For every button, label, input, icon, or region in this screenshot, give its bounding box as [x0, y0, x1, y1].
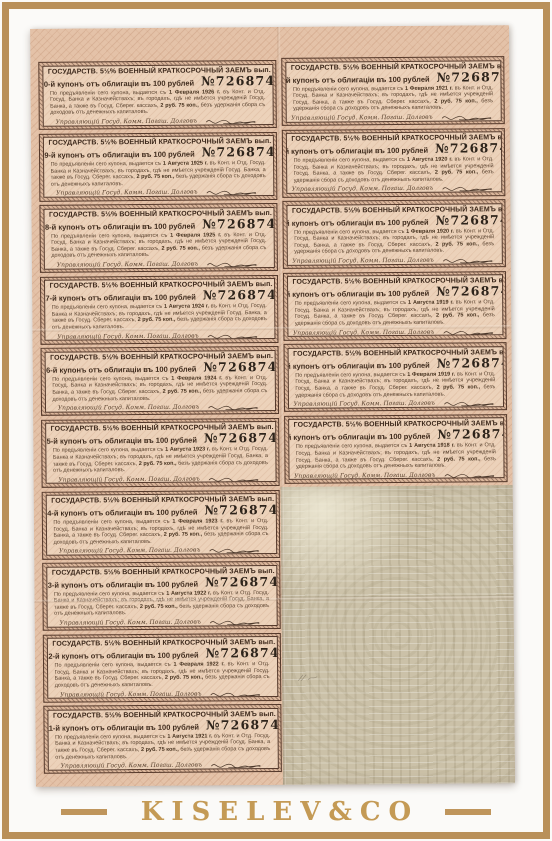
coupon: ГОСУДАРСТВ. 5½% ВОЕННЫЙ КРАТКОСРОЧНЫЙ ЗА…: [42, 490, 281, 560]
fine-print: По предъявленіи сего купона, выдается съ…: [51, 446, 270, 474]
bond-number: №726874: [204, 432, 276, 445]
coupon-title-row: 5-й купонъ отъ облигаціи въ 100 рублей №…: [294, 429, 498, 443]
bond-number: №726874: [205, 576, 277, 589]
signature-row: Управляющій Госуд. Комм. Погаш. Долговъ: [53, 760, 272, 770]
coupon-inner: ГОСУДАРСТВ. 5½% ВОЕННЫЙ КРАТКОСРОЧНЫЙ ЗА…: [285, 60, 501, 123]
fine-print: По предъявленіи сего купона, выдается съ…: [293, 300, 497, 328]
bond-number: №726874: [204, 504, 276, 517]
fine-print: По предъявленіи сего купона, выдается съ…: [49, 232, 268, 260]
coupon-subtitle: 5-й купонъ отъ облигаціи въ 100 рублей: [288, 432, 431, 442]
coupon-inner: ГОСУДАРСТВ. 5½% ВОЕННЫЙ КРАТКОСРОЧНЫЙ ЗА…: [45, 493, 276, 556]
signature-title: Управляющій Госуд. Комм. Погаш. Долговъ: [292, 257, 433, 265]
coupon-subtitle: 6-й купонъ отъ облигаціи въ 100 рублей: [287, 361, 430, 371]
signature-icon: [439, 327, 497, 336]
validity-note: Дѣйствителенъ въ теченіе 10 лѣтъ.: [48, 125, 267, 126]
watermark-right-bar: [445, 809, 491, 815]
signature-row: Управляющій Госуд. Комм. Погаш. Долговъ: [292, 184, 496, 194]
coupon-subtitle: 10-й купонъ отъ облигаціи въ 100 рублей: [285, 74, 430, 84]
bond-number: №726874: [436, 214, 503, 227]
coupon: ГОСУДАРСТВ. 5½% ВОЕННЫЙ КРАТКОСРОЧНЫЙ ЗА…: [38, 60, 277, 130]
watermark-brand-text: KISELEV&CO: [133, 799, 419, 825]
coupon-column-left: ГОСУДАРСТВ. 5½% ВОЕННЫЙ КРАТКОСРОЧНЫЙ ЗА…: [38, 60, 282, 778]
coupon-title-row: 6-й купонъ отъ облигаціи въ 100 рублей №…: [293, 357, 497, 371]
signature-title: Управляющій Госуд. Комм. Погаш. Долговъ: [57, 261, 198, 269]
signature-title: Управляющій Госуд. Комм. Погаш. Долговъ: [59, 547, 200, 555]
validity-note: Дѣйствителенъ въ теченіе 10 лѣтъ.: [293, 336, 497, 337]
signature-icon: [207, 760, 265, 769]
coupon-title-row: 18-й купонъ отъ облигаціи въ 100 рублей …: [49, 218, 268, 232]
coupon-subtitle: 14-й купонъ отъ облигаціи въ 100 рублей: [45, 508, 197, 518]
coupon-title-row: 7-й купонъ отъ облигаціи въ 100 рублей №…: [293, 286, 497, 300]
signature-row: Управляющій Госуд. Комм. Погаш. Долговъ: [292, 255, 496, 265]
validity-note: Дѣйствителенъ въ теченіе 10 лѣтъ.: [294, 480, 498, 481]
signature-row: Управляющій Госуд. Комм. Погаш. Долговъ: [50, 331, 269, 341]
signature-row: Управляющій Госуд. Комм. Погаш. Долговъ: [53, 689, 272, 699]
fine-print: По предъявленіи сего купона, выдается съ…: [48, 89, 267, 117]
coupon-title-row: 13-й купонъ отъ облигаціи въ 100 рублей …: [52, 576, 271, 590]
coupon-inner: ГОСУДАРСТВ. 5½% ВОЕННЫЙ КРАТКОСРОЧНЫЙ ЗА…: [286, 274, 502, 337]
validity-note: Дѣйствителенъ въ теченіе 10 лѣтъ.: [49, 269, 268, 270]
fine-print: По предъявленіи сего купона, выдается съ…: [50, 375, 269, 403]
coupon-title-row: 10-й купонъ отъ облигаціи въ 100 рублей …: [291, 71, 495, 85]
coupon-subtitle: 12-й купонъ отъ облигаціи въ 100 рублей: [46, 651, 198, 661]
signature-icon: [438, 112, 496, 121]
coupon-subtitle: 9-й купонъ отъ облигаціи въ 100 рублей: [285, 146, 428, 156]
signature-title: Управляющій Госуд. Комм. Погаш. Долговъ: [58, 404, 199, 412]
coupon-title-row: 17-й купонъ отъ облигаціи въ 100 рублей …: [50, 289, 269, 303]
signature-icon: [202, 116, 260, 125]
fine-print: По предъявленіи сего купона, выдается съ…: [51, 518, 270, 546]
signature-row: Управляющій Госуд. Комм. Погаш. Долговъ: [294, 470, 498, 480]
coupon: ГОСУДАРСТВ. 5½% ВОЕННЫЙ КРАТКОСРОЧНЫЙ ЗА…: [43, 704, 282, 774]
bond-number: №726874: [203, 361, 275, 374]
pencil-mark: [296, 671, 322, 683]
validity-note: Дѣйствителенъ въ теченіе 10 лѣтъ.: [53, 698, 272, 699]
signature-icon: [204, 331, 262, 340]
validity-note: Дѣйствителенъ въ теченіе 10 лѣтъ.: [292, 265, 496, 266]
validity-note: Дѣйствителенъ въ теченіе 10 лѣтъ.: [291, 122, 495, 123]
coupon: ГОСУДАРСТВ. 5½% ВОЕННЫЙ КРАТКОСРОЧНЫЙ ЗА…: [282, 199, 506, 269]
fine-print: По предъявленіи сего купона, выдается съ…: [53, 661, 272, 689]
signature-row: Управляющій Госуд. Комм. Погаш. Долговъ: [52, 545, 271, 555]
signature-row: Управляющій Госуд. Комм. Погаш. Долговъ: [293, 398, 497, 408]
coupon-title-row: 11-й купонъ отъ облигаціи въ 100 рублей …: [53, 719, 272, 733]
coupon: ГОСУДАРСТВ. 5½% ВОЕННЫЙ КРАТКОСРОЧНЫЙ ЗА…: [43, 633, 282, 703]
coupon-subtitle: 11-й купонъ отъ облигаціи въ 100 рублей: [47, 722, 199, 732]
paper-crease: [282, 595, 514, 599]
coupon: ГОСУДАРСТВ. 5½% ВОЕННЫЙ КРАТКОСРОЧНЫЙ ЗА…: [40, 275, 279, 345]
bond-number: №726874: [436, 285, 503, 298]
watermark: KISELEV&CO: [0, 795, 552, 829]
bond-number: №726874: [202, 146, 274, 159]
coupon: ГОСУДАРСТВ. 5½% ВОЕННЫЙ КРАТКОСРОЧНЫЙ ЗА…: [283, 271, 507, 341]
coupon-subtitle: 16-й купонъ отъ облигаціи въ 100 рублей: [44, 364, 196, 374]
coupon: ГОСУДАРСТВ. 5½% ВОЕННЫЙ КРАТКОСРОЧНЫЙ ЗА…: [39, 203, 278, 273]
coupon-sheet-paper: ГОСУДАРСТВ. 5½% ВОЕННЫЙ КРАТКОСРОЧНЫЙ ЗА…: [30, 25, 515, 787]
signature-title: Управляющій Госуд. Комм. Погаш. Долговъ: [292, 185, 433, 193]
coupon-title-row: 20-й купонъ отъ облигаціи въ 100 рублей …: [48, 75, 267, 89]
watermark-left-bar: [61, 809, 107, 815]
coupon-subtitle: 20-й купонъ отъ облигаціи въ 100 рублей: [42, 78, 194, 88]
bond-number: №726874: [437, 71, 502, 84]
signature-title: Управляющій Госуд. Комм. Погаш. Долговъ: [60, 619, 201, 627]
fine-print: По предъявленіи сего купона, выдается съ…: [293, 371, 497, 399]
signature-icon: [205, 474, 263, 483]
signature-icon: [438, 184, 496, 193]
bond-number: №726874: [206, 647, 278, 660]
signature-row: Управляющій Госуд. Комм. Погаш. Долговъ: [49, 259, 268, 269]
coupon-subtitle: 7-й купонъ отъ облигаціи въ 100 рублей: [286, 289, 429, 299]
fine-print: По предъявленіи сего купона, выдается съ…: [294, 443, 498, 471]
validity-note: Дѣйствителенъ въ теченіе 10 лѣтъ.: [292, 193, 496, 194]
coupon: ГОСУДАРСТВ. 5½% ВОЕННЫЙ КРАТКОСРОЧНЫЙ ЗА…: [284, 414, 508, 484]
coupon-subtitle: 8-й купонъ отъ облигаціи въ 100 рублей: [286, 217, 429, 227]
coupon-inner: ГОСУДАРСТВ. 5½% ВОЕННЫЙ КРАТКОСРОЧНЫЙ ЗА…: [42, 135, 273, 198]
coupon-inner: ГОСУДАРСТВ. 5½% ВОЕННЫЙ КРАТКОСРОЧНЫЙ ЗА…: [47, 708, 278, 771]
signature-icon: [204, 402, 262, 411]
fine-print: По предъявленіи сего купона, выдается съ…: [49, 160, 268, 188]
coupon-inner: ГОСУДАРСТВ. 5½% ВОЕННЫЙ КРАТКОСРОЧНЫЙ ЗА…: [44, 350, 275, 413]
signature-icon: [203, 259, 261, 268]
signature-row: Управляющій Госуд. Комм. Погаш. Долговъ: [293, 327, 497, 337]
coupon-subtitle: 13-й купонъ отъ облигаціи въ 100 рублей: [46, 579, 198, 589]
validity-note: Дѣйствителенъ въ теченіе 10 лѣтъ.: [50, 340, 269, 341]
coupon-title-row: 16-й купонъ отъ облигаціи въ 100 рублей …: [50, 361, 269, 375]
coupon-inner: ГОСУДАРСТВ. 5½% ВОЕННЫЙ КРАТКОСРОЧНЫЙ ЗА…: [46, 636, 277, 699]
signature-title: Управляющій Госуд. Комм. Погаш. Долговъ: [58, 475, 199, 483]
coupon-inner: ГОСУДАРСТВ. 5½% ВОЕННЫЙ КРАТКОСРОЧНЫЙ ЗА…: [45, 421, 276, 484]
coupon-inner: ГОСУДАРСТВ. 5½% ВОЕННЫЙ КРАТКОСРОЧНЫЙ ЗА…: [288, 418, 504, 481]
coupon-title-row: 14-й купонъ отъ облигаціи въ 100 рублей …: [51, 504, 270, 518]
signature-title: Управляющій Госуд. Комм. Погаш. Долговъ: [291, 114, 432, 122]
signature-title: Управляющій Госуд. Комм. Погаш. Долговъ: [56, 189, 197, 197]
blank-stub-area: [281, 485, 515, 785]
signature-icon: [439, 255, 497, 264]
bond-number: №726874: [435, 142, 502, 155]
coupon-inner: ГОСУДАРСТВ. 5½% ВОЕННЫЙ КРАТКОСРОЧНЫЙ ЗА…: [287, 346, 503, 409]
validity-note: Дѣйствителенъ въ теченіе 10 лѣтъ.: [51, 483, 270, 484]
fine-print: По предъявленіи сего купона, выдается съ…: [52, 590, 271, 618]
validity-note: Дѣйствителенъ въ теченіе 10 лѣтъ.: [49, 197, 268, 198]
coupon-subtitle: 18-й купонъ отъ облигаціи въ 100 рублей: [43, 221, 195, 231]
signature-icon: [206, 617, 264, 626]
bond-number: №726874: [203, 289, 275, 302]
coupon: ГОСУДАРСТВ. 5½% ВОЕННЫЙ КРАТКОСРОЧНЫЙ ЗА…: [282, 128, 506, 198]
coupon-column-right: ГОСУДАРСТВ. 5½% ВОЕННЫЙ КРАТКОСРОЧНЫЙ ЗА…: [281, 56, 507, 487]
signature-row: Управляющій Госуд. Комм. Погаш. Долговъ: [291, 112, 495, 122]
fine-print: По предъявленіи сего купона, выдается съ…: [292, 228, 496, 256]
coupon-inner: ГОСУДАРСТВ. 5½% ВОЕННЫЙ КРАТКОСРОЧНЫЙ ЗА…: [46, 565, 277, 628]
coupon: ГОСУДАРСТВ. 5½% ВОЕННЫЙ КРАТКОСРОЧНЫЙ ЗА…: [284, 343, 508, 413]
signature-row: Управляющій Госуд. Комм. Погаш. Долговъ: [51, 474, 270, 484]
coupon-inner: ГОСУДАРСТВ. 5½% ВОЕННЫЙ КРАТКОСРОЧНЫЙ ЗА…: [286, 203, 502, 266]
bond-number: №726874: [437, 429, 504, 442]
validity-note: Дѣйствителенъ въ теченіе 10 лѣтъ.: [53, 770, 272, 771]
coupon-inner: ГОСУДАРСТВ. 5½% ВОЕННЫЙ КРАТКОСРОЧНЫЙ ЗА…: [44, 278, 275, 341]
signature-title: Управляющій Госуд. Комм. Погаш. Долговъ: [293, 328, 434, 336]
coupon-title-row: 12-й купонъ отъ облигаціи въ 100 рублей …: [52, 647, 271, 661]
coupon: ГОСУДАРСТВ. 5½% ВОЕННЫЙ КРАТКОСРОЧНЫЙ ЗА…: [281, 56, 505, 126]
coupon-subtitle: 19-й купонъ отъ облигаціи въ 100 рублей: [42, 150, 194, 160]
coupon: ГОСУДАРСТВ. 5½% ВОЕННЫЙ КРАТКОСРОЧНЫЙ ЗА…: [41, 418, 280, 488]
coupon: ГОСУДАРСТВ. 5½% ВОЕННЫЙ КРАТКОСРОЧНЫЙ ЗА…: [39, 132, 278, 202]
signature-row: Управляющій Госуд. Комм. Погаш. Долговъ: [49, 187, 268, 197]
fine-print: По предъявленіи сего купона, выдается съ…: [53, 733, 272, 761]
coupon-title-row: 15-й купонъ отъ облигаціи въ 100 рублей …: [51, 432, 270, 446]
signature-title: Управляющій Госуд. Комм. Погаш. Долговъ: [61, 762, 202, 770]
signature-title: Управляющій Госуд. Комм. Погаш. Долговъ: [60, 690, 201, 698]
signature-row: Управляющій Госуд. Комм. Погаш. Долговъ: [48, 116, 267, 126]
coupon-inner: ГОСУДАРСТВ. 5½% ВОЕННЫЙ КРАТКОСРОЧНЫЙ ЗА…: [285, 131, 501, 194]
signature-icon: [202, 188, 260, 197]
fine-print: По предъявленіи сего купона, выдается съ…: [50, 303, 269, 331]
fine-print: По предъявленіи сего купона, выдается съ…: [292, 156, 496, 184]
coupon-subtitle: 17-й купонъ отъ облигаціи въ 100 рублей: [44, 293, 196, 303]
coupon-title-row: 8-й купонъ отъ облигаціи въ 100 рублей №…: [292, 214, 496, 228]
signature-title: Управляющій Госуд. Комм. Погаш. Долговъ: [294, 472, 435, 480]
signature-row: Управляющій Госуд. Комм. Погаш. Долговъ: [50, 402, 269, 412]
coupon: ГОСУДАРСТВ. 5½% ВОЕННЫЙ КРАТКОСРОЧНЫЙ ЗА…: [41, 346, 280, 416]
coupon-title-row: 9-й купонъ отъ облигаціи въ 100 рублей №…: [291, 142, 495, 156]
bond-number: №726874: [437, 357, 504, 370]
signature-icon: [205, 546, 263, 555]
signature-title: Управляющій Госуд. Комм. Погаш. Долговъ: [57, 332, 198, 340]
signature-icon: [206, 689, 264, 698]
coupon: ГОСУДАРСТВ. 5½% ВОЕННЫЙ КРАТКОСРОЧНЫЙ ЗА…: [42, 561, 281, 631]
bond-number: №726874: [201, 74, 273, 87]
coupon-subtitle: 15-й купонъ отъ облигаціи въ 100 рублей: [45, 436, 197, 446]
coupon-inner: ГОСУДАРСТВ. 5½% ВОЕННЫЙ КРАТКОСРОЧНЫЙ ЗА…: [43, 207, 274, 270]
fine-print: По предъявленіи сего купона, выдается съ…: [291, 85, 495, 113]
bond-number: №726874: [202, 218, 274, 231]
signature-icon: [440, 398, 498, 407]
signature-title: Управляющій Госуд. Комм. Погаш. Долговъ: [293, 400, 434, 408]
validity-note: Дѣйствителенъ въ теченіе 10 лѣтъ.: [51, 412, 270, 413]
signature-title: Управляющій Госуд. Комм. Погаш. Долговъ: [56, 117, 197, 125]
signature-row: Управляющій Госуд. Комм. Погаш. Долговъ: [52, 617, 271, 627]
bond-number: №726874: [206, 719, 278, 732]
validity-note: Дѣйствителенъ въ теченіе 10 лѣтъ.: [52, 555, 271, 556]
validity-note: Дѣйствителенъ въ теченіе 10 лѣтъ.: [52, 627, 271, 628]
signature-icon: [440, 470, 498, 479]
coupon-title-row: 19-й купонъ отъ облигаціи въ 100 рублей …: [48, 146, 267, 160]
photo-of-coupon-sheet: ГОСУДАРСТВ. 5½% ВОЕННЫЙ КРАТКОСРОЧНЫЙ ЗА…: [0, 0, 552, 841]
validity-note: Дѣйствителенъ въ теченіе 10 лѣтъ.: [294, 408, 498, 409]
coupon-inner: ГОСУДАРСТВ. 5½% ВОЕННЫЙ КРАТКОСРОЧНЫЙ ЗА…: [42, 63, 273, 126]
